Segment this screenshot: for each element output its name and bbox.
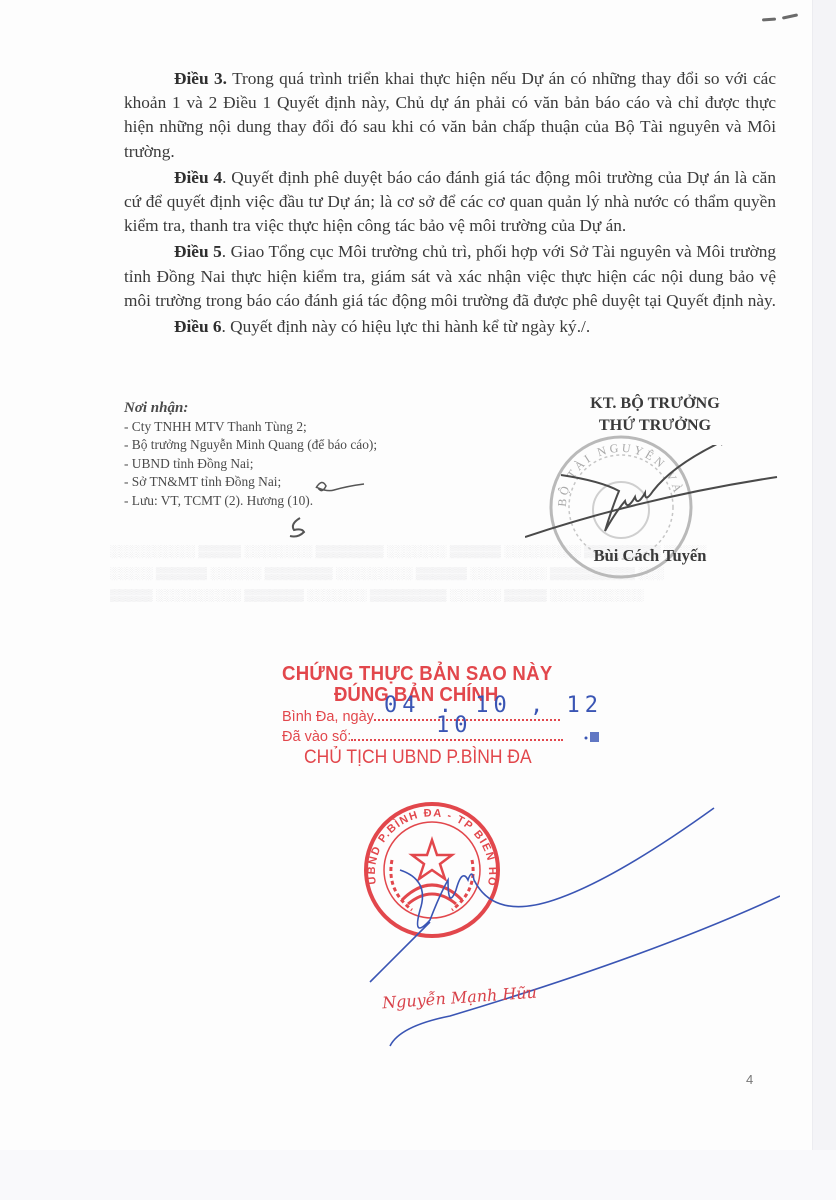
recipient-item: - UBND tỉnh Đồng Nai; [124,455,377,473]
article-6-label: Điều 6 [174,317,222,336]
recipients-title: Nơi nhận: [124,398,377,418]
cert-book-value: 10 [436,713,473,738]
certification-stamp: CHỨNG THỰC BẢN SAO NÀY ĐÚNG BẢN CHÍNH Bì… [282,663,592,769]
minister-signature [525,445,785,555]
page-number: 4 [746,1072,753,1087]
cert-date-label: Bình Đa, ngày [282,709,374,725]
article-5-label: Điều 5 [174,242,222,261]
article-6-text: . Quyết định này có hiệu lực thi hành kể… [222,317,591,336]
signer-title-block: KT. BỘ TRƯỞNG THỨ TRƯỞNG [520,392,790,436]
decision-articles: Điều 3. Trong quá trình triển khai thực … [124,67,776,341]
ward-chairman-signature [360,800,780,1050]
article-4-text: . Quyết định phê duyệt báo cáo đánh giá … [124,168,776,235]
page-edge-shadow [812,0,836,1200]
cert-line-1: CHỨNG THỰC BẢN SAO NÀY [282,663,570,686]
corner-dash-mark [762,14,802,24]
cert-date-value: 04 . 10 , 12 [384,693,603,718]
cert-book-row: Đã vào số: 10 [282,727,592,747]
article-3-label: Điều 3. [174,69,227,88]
article-5: Điều 5. Giao Tổng cục Môi trường chủ trì… [124,240,776,313]
signer-line-2: THỨ TRƯỞNG [520,414,790,436]
signer-name: Bùi Cách Tuyến [560,546,740,566]
article-5-text: . Giao Tổng cục Môi trường chủ trì, phối… [124,242,776,309]
article-6: Điều 6. Quyết định này có hiệu lực thi h… [124,315,776,339]
recipient-item: - Bộ trưởng Nguyễn Minh Quang (để báo cá… [124,436,377,454]
ink-blot [584,730,600,744]
article-3: Điều 3. Trong quá trình triển khai thực … [124,67,776,164]
page-bottom-shadow [0,1150,836,1200]
handwritten-initial-mark [312,478,372,498]
cert-authority: CHỦ TỊCH UBND P.BÌNH ĐA [304,747,569,769]
article-4: Điều 4. Quyết định phê duyệt báo cáo đán… [124,166,776,239]
cert-book-label: Đã vào số: [282,729,351,745]
article-4-label: Điều 4 [174,168,222,187]
recipient-item: - Cty TNHH MTV Thanh Tùng 2; [124,418,377,436]
signer-line-1: KT. BỘ TRƯỞNG [520,392,790,414]
handwritten-initial-mark [284,516,314,540]
